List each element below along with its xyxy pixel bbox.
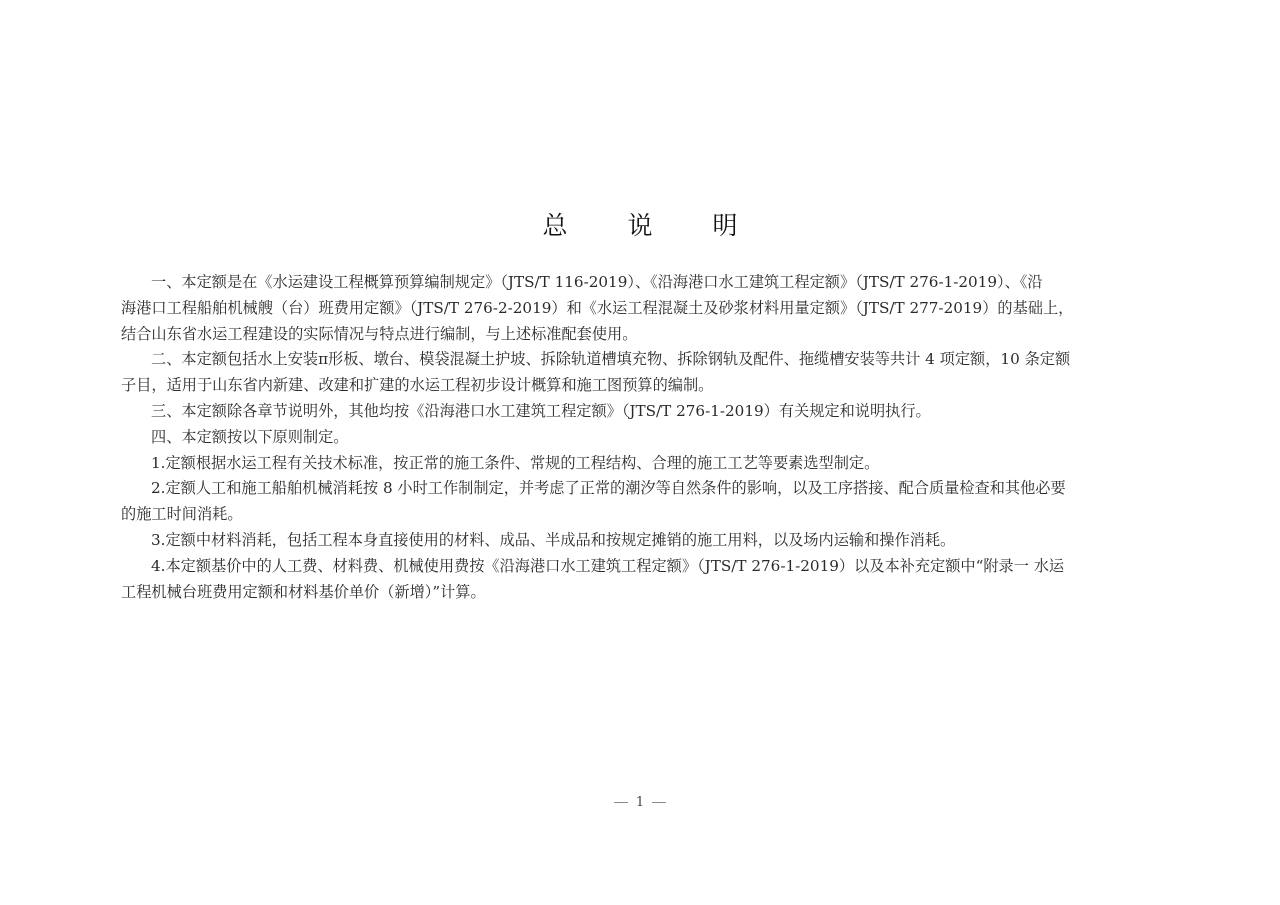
paragraph-1: 一、本定额是在《水运建设工程概算预算编制规定》（JTS/T 116-2019）、… xyxy=(121,270,1166,347)
text-line: 1.定额根据水运工程有关技术标准，按正常的施工条件、常规的工程结构、合理的施工工… xyxy=(121,451,1166,477)
paragraph-5: 1.定额根据水运工程有关技术标准，按正常的施工条件、常规的工程结构、合理的施工工… xyxy=(121,451,1166,477)
text-line: 二、本定额包括水上安装π形板、墩台、模袋混凝土护坡、拆除轨道槽填充物、拆除钢轨及… xyxy=(121,347,1166,373)
page-number: 1 xyxy=(636,795,644,810)
text-line: 海港口工程船舶机械艘（台）班费用定额》（JTS/T 276-2-2019）和《水… xyxy=(121,296,1166,322)
text-line: 2.定额人工和施工船舶机械消耗按 8 小时工作制制定，并考虑了正常的潮汐等自然条… xyxy=(121,476,1166,502)
page-title: 总 说 明 xyxy=(0,206,1280,242)
dash-decoration xyxy=(652,802,666,803)
paragraph-6: 2.定额人工和施工船舶机械消耗按 8 小时工作制制定，并考虑了正常的潮汐等自然条… xyxy=(121,476,1166,528)
paragraph-4: 四、本定额按以下原则制定。 xyxy=(121,425,1166,451)
text-line: 子目，适用于山东省内新建、改建和扩建的水运工程初步设计概算和施工图预算的编制。 xyxy=(121,373,1166,399)
dash-decoration xyxy=(614,802,628,803)
paragraph-2: 二、本定额包括水上安装π形板、墩台、模袋混凝土护坡、拆除轨道槽填充物、拆除钢轨及… xyxy=(121,347,1166,399)
text-line: 3.定额中材料消耗，包括工程本身直接使用的材料、成品、半成品和按规定摊销的施工用… xyxy=(121,528,1166,554)
paragraph-7: 3.定额中材料消耗，包括工程本身直接使用的材料、成品、半成品和按规定摊销的施工用… xyxy=(121,528,1166,554)
text-line: 结合山东省水运工程建设的实际情况与特点进行编制，与上述标准配套使用。 xyxy=(121,322,1166,348)
text-line: 的施工时间消耗。 xyxy=(121,502,1166,528)
text-line: 4.本定额基价中的人工费、材料费、机械使用费按《沿海港口水工建筑工程定额》（JT… xyxy=(121,554,1166,580)
document-body: 一、本定额是在《水运建设工程概算预算编制规定》（JTS/T 116-2019）、… xyxy=(121,270,1166,605)
text-line: 四、本定额按以下原则制定。 xyxy=(121,425,1166,451)
paragraph-8: 4.本定额基价中的人工费、材料费、机械使用费按《沿海港口水工建筑工程定额》（JT… xyxy=(121,554,1166,606)
text-line: 工程机械台班费用定额和材料基价单价（新增）”计算。 xyxy=(121,580,1166,606)
page-footer: 1 xyxy=(0,795,1280,810)
paragraph-3: 三、本定额除各章节说明外，其他均按《沿海港口水工建筑工程定额》（JTS/T 27… xyxy=(121,399,1166,425)
text-line: 三、本定额除各章节说明外，其他均按《沿海港口水工建筑工程定额》（JTS/T 27… xyxy=(121,399,1166,425)
text-line: 一、本定额是在《水运建设工程概算预算编制规定》（JTS/T 116-2019）、… xyxy=(121,270,1166,296)
